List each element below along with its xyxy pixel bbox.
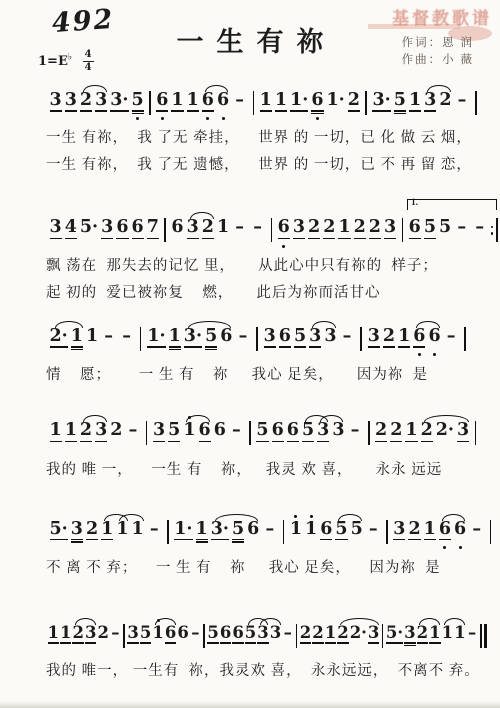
note: 5 bbox=[232, 515, 244, 549]
beam-line bbox=[86, 539, 98, 541]
octave-dot-below bbox=[91, 546, 94, 549]
octave-dot-above bbox=[57, 515, 60, 518]
octave-dot-above bbox=[114, 619, 117, 622]
note-digit: 6 bbox=[202, 91, 214, 109]
measure: 3·5132– bbox=[369, 86, 473, 120]
bar-thin bbox=[368, 421, 370, 445]
octave-dot-below bbox=[334, 117, 337, 120]
octave-dot-below bbox=[118, 117, 121, 120]
note-digit: 1 bbox=[405, 421, 417, 439]
beam-line bbox=[398, 346, 410, 348]
note: 3 bbox=[257, 619, 268, 652]
measure: 61166– bbox=[153, 86, 251, 120]
beam-lines bbox=[202, 238, 214, 244]
note: 5 bbox=[294, 322, 306, 356]
octave-dot-below bbox=[268, 353, 271, 356]
beam-lines bbox=[110, 441, 122, 447]
note-digit: 3 bbox=[71, 520, 83, 538]
note: 5· bbox=[80, 213, 98, 247]
beam-lines bbox=[467, 642, 478, 648]
note: 3 bbox=[324, 322, 336, 356]
beam-lines bbox=[127, 642, 138, 648]
octave-dot-below bbox=[294, 546, 297, 549]
beam-line bbox=[442, 642, 453, 644]
octave-dot-below bbox=[354, 448, 357, 451]
beam-lines bbox=[454, 539, 466, 545]
note-digit: 2· bbox=[436, 421, 454, 439]
beam-line bbox=[311, 110, 323, 112]
beam-line bbox=[65, 443, 77, 445]
octave-dot-below bbox=[249, 649, 252, 652]
note-digit: 1 bbox=[65, 421, 77, 439]
beam-lines bbox=[372, 110, 390, 116]
bar-thin bbox=[475, 91, 477, 115]
note: 1 bbox=[171, 86, 183, 120]
bar-thin bbox=[464, 327, 466, 351]
beam-line bbox=[80, 443, 92, 445]
beam-lines bbox=[439, 110, 451, 116]
bar-thick bbox=[484, 624, 488, 648]
octave-dot-above bbox=[444, 213, 447, 216]
octave-dot-above bbox=[206, 86, 209, 89]
note-digit: 3 bbox=[457, 421, 469, 439]
octave-dot-above bbox=[188, 416, 191, 419]
beam-line bbox=[202, 113, 214, 115]
beam-line bbox=[95, 441, 107, 443]
beam-line bbox=[147, 240, 159, 242]
system-2: 345·36676321––63221223655––1.飘 荡在 那失去的记忆… bbox=[46, 198, 468, 301]
note: 5 bbox=[168, 416, 180, 450]
beam-line bbox=[199, 441, 211, 443]
octave-dot-below bbox=[395, 448, 398, 451]
beam-line bbox=[65, 441, 77, 443]
beam-line bbox=[366, 539, 381, 541]
note-digit: 1 bbox=[290, 520, 302, 538]
octave-dot-above bbox=[125, 322, 128, 325]
note: 3 bbox=[50, 213, 62, 247]
octave-dot-below bbox=[372, 546, 375, 549]
bar-thin bbox=[249, 421, 251, 445]
bar-thin bbox=[365, 91, 367, 115]
beam-lines bbox=[260, 110, 272, 116]
beam-lines bbox=[196, 539, 208, 545]
note-digit: 6 bbox=[199, 421, 211, 439]
octave-dot-above bbox=[316, 619, 319, 622]
beam-line bbox=[196, 541, 208, 543]
note: 5 bbox=[424, 213, 436, 247]
beam-lines bbox=[354, 238, 366, 244]
note: 1 bbox=[152, 619, 163, 652]
beam-line bbox=[119, 346, 134, 348]
octave-dot-below bbox=[107, 353, 110, 356]
note-digit: 6 bbox=[272, 421, 284, 439]
beam-lines bbox=[350, 642, 367, 648]
octave-dot-above bbox=[69, 86, 72, 89]
note: 3 bbox=[293, 213, 305, 247]
beam-lines bbox=[101, 539, 113, 545]
note: 2 bbox=[354, 213, 366, 247]
note-digit: 6 bbox=[454, 520, 466, 538]
note-digit: 5 bbox=[439, 218, 451, 236]
measure: 345·3667 bbox=[46, 213, 162, 247]
octave-dot-above bbox=[212, 619, 215, 622]
note: 6 bbox=[199, 416, 211, 450]
note-digit: 1 bbox=[101, 520, 113, 538]
lyricist-credit: 作词：恩 润 bbox=[402, 35, 474, 52]
beam-line bbox=[72, 642, 83, 644]
octave-dot-above bbox=[334, 86, 337, 89]
beam-line bbox=[375, 441, 387, 443]
beam-line bbox=[439, 113, 451, 115]
note: 6 bbox=[156, 86, 168, 120]
note: 3 bbox=[264, 322, 276, 356]
octave-dot-below bbox=[210, 353, 213, 356]
beam-lines bbox=[394, 110, 406, 116]
beam-line bbox=[229, 441, 244, 443]
sheet-music-page: 492 基督教歌谱 一生有祢 作词：恩 润 作曲：小 薇 1=E♭ 4 4 33… bbox=[0, 0, 500, 708]
beam-lines bbox=[386, 642, 403, 648]
beam-lines bbox=[368, 642, 379, 648]
octave-dot-below bbox=[194, 649, 197, 652]
note: 5 bbox=[335, 515, 347, 549]
beam-lines bbox=[337, 642, 348, 648]
octave-dot-below bbox=[153, 546, 156, 549]
bar-thin bbox=[167, 520, 169, 544]
beam-lines bbox=[214, 441, 226, 447]
note: 6 bbox=[278, 213, 290, 247]
octave-dot-below bbox=[410, 448, 413, 451]
beam-line bbox=[247, 541, 259, 543]
beam-line bbox=[85, 642, 96, 644]
beam-line bbox=[80, 441, 92, 443]
beam-line bbox=[86, 541, 98, 543]
octave-dot-above bbox=[69, 416, 72, 419]
beam-line bbox=[290, 541, 302, 543]
beam-line bbox=[368, 346, 380, 348]
octave-dot-below bbox=[52, 649, 55, 652]
beam-line bbox=[350, 642, 367, 644]
beam-line bbox=[187, 238, 199, 240]
beam-line bbox=[202, 238, 214, 240]
beam-line bbox=[467, 642, 478, 644]
note-digit: 2 bbox=[80, 421, 92, 439]
beam-lines bbox=[174, 539, 192, 545]
beam-line bbox=[262, 541, 277, 543]
note-digit: 1 bbox=[260, 91, 272, 109]
note: 6 bbox=[287, 416, 299, 450]
octave-dot-above bbox=[433, 619, 436, 622]
beam-line bbox=[184, 346, 202, 348]
beam-line bbox=[217, 110, 229, 112]
note: 1 bbox=[169, 322, 181, 356]
note-digit: 6 bbox=[116, 218, 128, 236]
octave-dot-above bbox=[218, 416, 221, 419]
beam-lines bbox=[80, 110, 92, 116]
beam-line bbox=[177, 645, 188, 647]
bar-thin bbox=[164, 218, 166, 242]
octave-dot-below bbox=[322, 448, 325, 451]
beam-line bbox=[439, 240, 451, 242]
beam-line bbox=[116, 238, 128, 240]
beam-line bbox=[232, 240, 247, 242]
beam-line bbox=[308, 238, 320, 240]
beam-line bbox=[368, 642, 379, 644]
beam-lines bbox=[153, 441, 165, 447]
barline bbox=[138, 327, 144, 351]
beam-lines bbox=[168, 441, 180, 447]
bar-thin bbox=[123, 624, 125, 648]
beam-line bbox=[335, 539, 347, 541]
beam-line bbox=[71, 541, 83, 543]
beam-line bbox=[199, 443, 211, 445]
note-digit: 5 bbox=[207, 624, 218, 641]
octave-dot-above bbox=[157, 619, 160, 622]
note-digit: 2 bbox=[354, 218, 366, 236]
beam-lines bbox=[86, 346, 98, 352]
beam-line bbox=[340, 346, 355, 348]
octave-dot-above bbox=[89, 619, 92, 622]
octave-dot-below bbox=[176, 245, 179, 248]
beam-lines bbox=[287, 441, 299, 447]
note-digit: – bbox=[129, 421, 138, 439]
beam-line bbox=[232, 110, 247, 112]
beam-lines bbox=[232, 110, 247, 116]
beam-line bbox=[270, 645, 281, 647]
octave-dot-below bbox=[158, 448, 161, 451]
beam-line bbox=[256, 441, 268, 443]
beam-line bbox=[264, 346, 276, 348]
note-digit: 3 bbox=[393, 520, 405, 538]
bar-thin bbox=[256, 327, 258, 351]
beam-lines bbox=[119, 346, 134, 352]
octave-dot-above bbox=[380, 86, 383, 89]
octave-dot-above bbox=[398, 515, 401, 518]
barline bbox=[488, 520, 494, 544]
beam-lines bbox=[404, 642, 415, 648]
beam-lines bbox=[300, 642, 311, 648]
octave-dot-above bbox=[458, 619, 461, 622]
note: 2 bbox=[86, 515, 98, 549]
beam-line bbox=[60, 645, 71, 647]
note: 2· bbox=[50, 322, 68, 356]
beam-lines bbox=[469, 539, 484, 545]
beam-lines bbox=[436, 441, 454, 447]
octave-dot-below bbox=[191, 353, 194, 356]
octave-dot-below bbox=[173, 353, 176, 356]
beam-line bbox=[393, 539, 405, 541]
note-digit: 3 bbox=[404, 624, 415, 641]
beam-lines bbox=[202, 110, 214, 116]
note: 2 bbox=[80, 86, 92, 120]
octave-dot-above bbox=[194, 619, 197, 622]
note: 6 bbox=[165, 619, 176, 652]
note: 1 bbox=[48, 619, 59, 652]
note-digit: 5· bbox=[386, 624, 403, 641]
note: 2· bbox=[350, 619, 367, 652]
octave-dot-above bbox=[310, 515, 313, 518]
beam-lines bbox=[256, 441, 268, 447]
octave-dot-below bbox=[329, 353, 332, 356]
octave-dot-above bbox=[373, 213, 376, 216]
beam-line bbox=[386, 645, 403, 647]
beam-line bbox=[101, 238, 113, 240]
note-digit: 2 bbox=[86, 520, 98, 538]
note: 1 bbox=[424, 515, 436, 549]
octave-dot-below bbox=[136, 245, 139, 248]
octave-dot-below bbox=[283, 353, 286, 356]
note-digit: 3· bbox=[372, 91, 390, 109]
beam-line bbox=[110, 110, 128, 112]
note: 6 bbox=[279, 322, 291, 356]
beam-lines bbox=[390, 441, 402, 447]
octave-dot-below bbox=[316, 117, 319, 120]
octave-dot-above bbox=[210, 322, 213, 325]
octave-dot-above bbox=[429, 86, 432, 89]
beam-line bbox=[95, 113, 107, 115]
octave-dot-above bbox=[238, 86, 241, 89]
octave-dot-above bbox=[341, 619, 344, 622]
system-6: 11232–35166–566533–22122·35·32111–我的 唯一，… bbox=[46, 619, 468, 680]
note: 3 bbox=[153, 416, 165, 450]
note: 2 bbox=[202, 213, 214, 247]
barline bbox=[254, 327, 260, 351]
note-digit: 6 bbox=[171, 218, 183, 236]
note: 1· bbox=[174, 515, 192, 549]
beam-lines bbox=[324, 346, 336, 352]
note-digit: 5 bbox=[394, 91, 406, 109]
measure: 566533– bbox=[206, 619, 295, 652]
note-digit: 3 bbox=[270, 624, 281, 641]
beam-line bbox=[229, 443, 244, 445]
note-digit: 1 bbox=[132, 520, 144, 538]
beam-line bbox=[375, 443, 387, 445]
lyric-line: 一生 有祢， 我 了无 牵挂， 世界 的 一切，已 化 做 云 烟， bbox=[46, 126, 468, 147]
octave-dot-below bbox=[84, 448, 87, 451]
beam-line bbox=[282, 642, 293, 644]
beam-line bbox=[278, 238, 290, 240]
note: 3 bbox=[384, 213, 396, 247]
octave-dot-below bbox=[91, 353, 94, 356]
note: 1 bbox=[187, 86, 199, 120]
beam-line bbox=[232, 238, 247, 240]
bar-thin bbox=[271, 218, 273, 242]
beam-line bbox=[337, 642, 348, 644]
note: 5 bbox=[205, 322, 217, 356]
octave-dot-above bbox=[176, 86, 179, 89]
note-digit: 5 bbox=[232, 520, 244, 538]
note: 3 bbox=[317, 416, 329, 450]
beam-lines bbox=[207, 642, 218, 648]
octave-dot-above bbox=[475, 515, 478, 518]
note-digit: 3 bbox=[65, 91, 77, 109]
beam-lines bbox=[199, 441, 211, 447]
bar-thin bbox=[283, 520, 285, 544]
note: 6 bbox=[132, 213, 144, 247]
octave-dot-below bbox=[310, 546, 313, 549]
score: 33233·561166–111·61·23·5132–一生 有祢， 我 了无 … bbox=[46, 86, 468, 680]
beam-lines bbox=[309, 346, 321, 352]
beam-line bbox=[140, 645, 151, 647]
octave-dot-above bbox=[276, 416, 279, 419]
beam-line bbox=[127, 645, 138, 647]
note-digit: 2 bbox=[323, 218, 335, 236]
note-digit: 3 bbox=[424, 91, 436, 109]
octave-dot-below bbox=[155, 353, 158, 356]
beam-line bbox=[220, 645, 231, 647]
octave-dot-below bbox=[222, 245, 225, 248]
beam-line bbox=[294, 349, 306, 351]
octave-dot-below bbox=[69, 245, 72, 248]
note-digit: 3 bbox=[50, 91, 62, 109]
note: 6 bbox=[247, 515, 259, 549]
beam-line bbox=[247, 539, 259, 541]
beam-lines bbox=[48, 642, 59, 648]
beam-line bbox=[110, 443, 122, 445]
note: – bbox=[454, 213, 469, 247]
note-digit: 2 bbox=[348, 91, 360, 109]
note-digit: 3 bbox=[332, 421, 344, 439]
note: 3 bbox=[309, 322, 321, 356]
bar-thin bbox=[475, 421, 477, 445]
note: 1 bbox=[398, 322, 410, 356]
note: 3 bbox=[424, 86, 436, 120]
octave-dot-below bbox=[429, 117, 432, 120]
beam-line bbox=[467, 645, 478, 647]
note-digit: 6 bbox=[132, 218, 144, 236]
octave-dot-below bbox=[425, 448, 428, 451]
octave-dot-above bbox=[77, 619, 80, 622]
beam-line bbox=[312, 645, 323, 647]
beam-line bbox=[439, 110, 451, 112]
note: 1· bbox=[327, 86, 345, 120]
octave-dot-below bbox=[106, 546, 109, 549]
octave-dot-above bbox=[173, 416, 176, 419]
note: 1 bbox=[65, 416, 77, 450]
octave-dot-below bbox=[462, 448, 465, 451]
beam-line bbox=[469, 541, 484, 543]
octave-dot-above bbox=[153, 515, 156, 518]
octave-dot-above bbox=[325, 515, 328, 518]
beam-line bbox=[279, 349, 291, 351]
beam-line bbox=[325, 645, 336, 647]
note: – bbox=[190, 619, 201, 652]
note-digit: 3 bbox=[384, 218, 396, 236]
octave-dot-below bbox=[200, 546, 203, 549]
repeat-dot bbox=[491, 232, 494, 235]
note-digit: – bbox=[475, 218, 484, 236]
beam-line bbox=[384, 238, 396, 240]
beam-line bbox=[50, 539, 68, 541]
octave-dot-below bbox=[459, 546, 462, 549]
lyric-line: 一生 有祢， 我 了无 遗憾， 世界 的 一切，已 不 再 留 恋， bbox=[46, 153, 468, 174]
beam-line bbox=[424, 240, 436, 242]
beam-lines bbox=[457, 441, 469, 447]
beam-line bbox=[202, 110, 214, 112]
octave-dot-above bbox=[182, 619, 185, 622]
notation-row: 33233·561166–111·61·23·5132– bbox=[46, 86, 468, 120]
beam-line bbox=[424, 539, 436, 541]
note-digit: 2 bbox=[439, 91, 451, 109]
note-digit: 3 bbox=[127, 624, 138, 641]
beam-line bbox=[50, 240, 62, 242]
note: 1 bbox=[290, 515, 302, 549]
note: 2 bbox=[421, 416, 433, 450]
beam-line bbox=[408, 539, 420, 541]
beam-lines bbox=[375, 441, 387, 447]
beam-line bbox=[413, 346, 425, 348]
octave-dot-below bbox=[282, 245, 285, 248]
note: – bbox=[348, 416, 363, 450]
